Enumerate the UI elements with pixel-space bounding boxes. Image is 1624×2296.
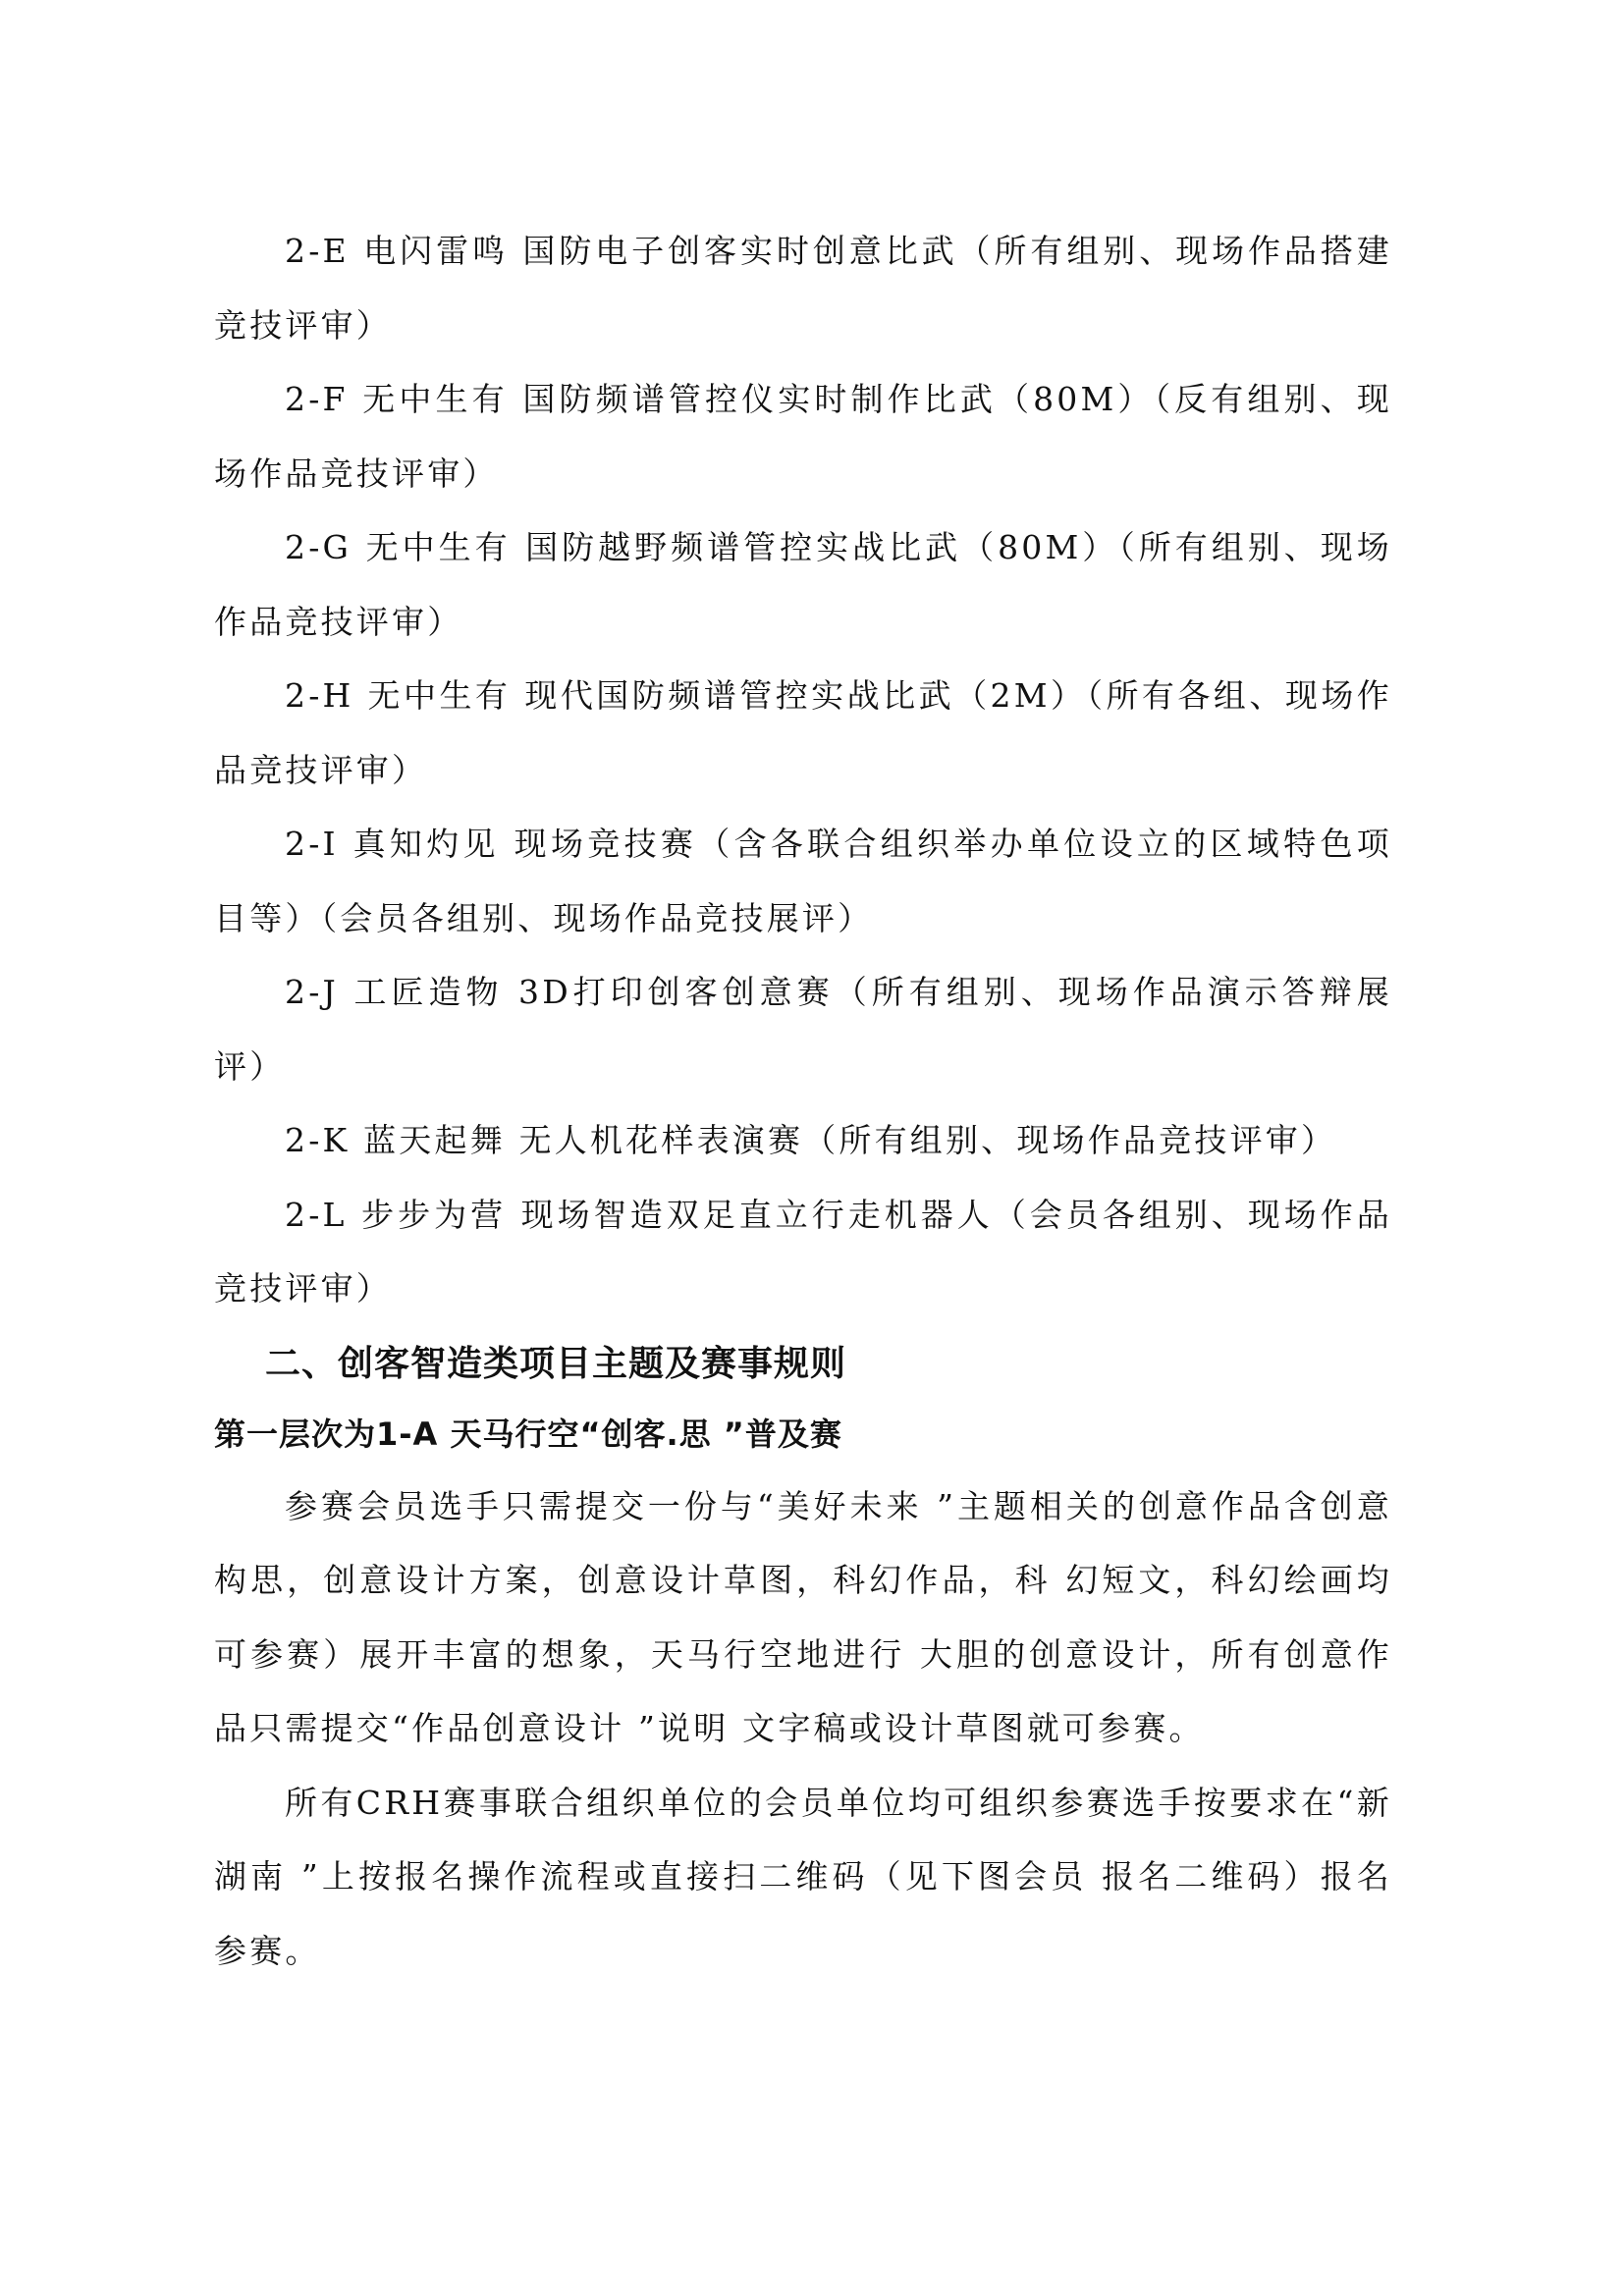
item-2h: 2-H 无中生有 现代国防频谱管控实战比武（2M）（所有各组、现场作品竞技评审） — [214, 659, 1392, 807]
paragraph-registration: 所有CRH赛事联合组织单位的会员单位均可组织参赛选手按要求在“新湖南 ”上按报名… — [214, 1766, 1392, 1989]
item-2f: 2-F 无中生有 国防频谱管控仪实时制作比武（80M）（反有组别、现场作品竞技评… — [214, 362, 1392, 510]
item-2e: 2-E 电闪雷鸣 国防电子创客实时创意比武（所有组别、现场作品搭建竞技评审） — [214, 214, 1392, 362]
item-2g: 2-G 无中生有 国防越野频谱管控实战比武（80M）（所有组别、现场作品竞技评审… — [214, 510, 1392, 659]
item-2i: 2-I 真知灼见 现场竞技赛（含各联合组织举办单位设立的区域特色项目等）（会员各… — [214, 807, 1392, 955]
paragraph-entry-requirements: 参赛会员选手只需提交一份与“美好未来 ”主题相关的创意作品含创意构思，创意设计方… — [214, 1469, 1392, 1766]
sub-heading: 第一层次为1-A 天马行空“创客.思 ”普及赛 — [214, 1399, 1392, 1469]
item-2l: 2-L 步步为营 现场智造双足直立行走机器人（会员各组别、现场作品竞技评审） — [214, 1178, 1392, 1326]
item-2j: 2-J 工匠造物 3D打印创客创意赛（所有组别、现场作品演示答辩展评） — [214, 955, 1392, 1103]
item-2k: 2-K 蓝天起舞 无人机花样表演赛（所有组别、现场作品竞技评审） — [214, 1103, 1392, 1178]
section-heading: 二、创客智造类项目主题及赛事规则 — [214, 1330, 1392, 1399]
document-page: 2-E 电闪雷鸣 国防电子创客实时创意比武（所有组别、现场作品搭建竞技评审） 2… — [214, 214, 1392, 1988]
